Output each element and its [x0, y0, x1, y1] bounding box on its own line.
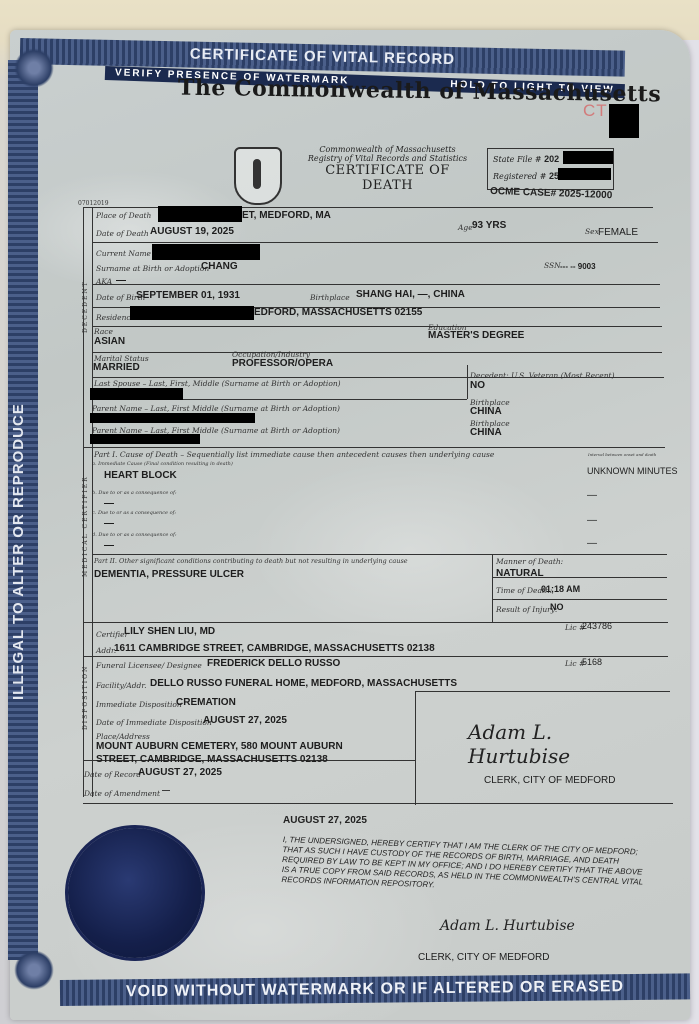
certificate-form: DECEDENT MEDICAL CERTIFIER DISPOSITION P…: [80, 205, 660, 805]
sex: FEMALE: [598, 227, 638, 238]
immediate-disposition: CREMATION: [176, 697, 236, 708]
parent2-birthplace: CHINA: [470, 427, 502, 438]
cause-b-label: b. Due to or as a consequence of:: [92, 490, 177, 496]
marital: MARRIED: [93, 362, 140, 373]
time-of-death: 01;18 AM: [541, 584, 580, 594]
registry-line2: Registry of Vital Records and Statistics: [300, 154, 475, 163]
dob: SEPTEMBER 01, 1931: [136, 290, 240, 301]
certifier: LILY SHEN LIU, MD: [124, 626, 215, 637]
part2-value: DEMENTIA, PRESSURE ULCER: [94, 569, 244, 580]
cause-b: —: [104, 498, 114, 509]
veteran-label: Decedent: U.S. Veteran (Most Recent): [470, 371, 615, 380]
date-of-death-label: Date of Death: [96, 229, 149, 238]
spouse-label: Last Spouse – Last, First, Middle (Surna…: [94, 379, 341, 388]
residence: EDFORD, MASSACHUSETTS 02155: [254, 307, 422, 318]
redaction: [90, 434, 200, 444]
ornament-icon: [14, 950, 54, 990]
cause-c-label: c. Due to or as a consequence of:: [92, 510, 176, 516]
ct-stamp: CT: [583, 101, 608, 121]
date-of-amendment-label: Date of Amendment: [84, 789, 160, 798]
date-disposition: AUGUST 27, 2025: [203, 715, 287, 726]
cause-c: —: [104, 518, 114, 529]
cause-c-interval: —: [587, 515, 597, 526]
immediate-disposition-label: Immediate Disposition: [96, 700, 182, 709]
embossed-seal-icon: [68, 828, 202, 958]
parent1-birthplace: CHINA: [470, 406, 502, 417]
redaction: [158, 206, 242, 222]
medical-section-label: MEDICAL CERTIFIER: [82, 475, 89, 577]
certifier-addr: 1611 CAMBRIDGE STREET, CAMBRIDGE, MASSAC…: [114, 643, 435, 654]
left-security-border: ILLEGAL TO ALTER OR REPRODUCE: [8, 60, 38, 960]
facility: DELLO RUSSO FUNERAL HOME, MEDFORD, MASSA…: [150, 678, 457, 689]
clerk-signature: Adam L. Hurtubise: [468, 720, 660, 768]
redaction: [152, 244, 260, 260]
certification-title: CLERK, CITY OF MEDFORD: [418, 952, 550, 963]
date-of-record: AUGUST 27, 2025: [138, 767, 222, 778]
certification-signature: Adam L. Hurtubise: [440, 918, 575, 934]
facility-label: Facility/Addr.: [96, 681, 147, 690]
redaction: [558, 168, 611, 180]
date-of-record-label: Date of Record: [84, 770, 141, 779]
certifier-lic: 243786: [582, 621, 612, 631]
clerk-title: CLERK, CITY OF MEDFORD: [484, 775, 616, 786]
funeral-label: Funeral Licensee/ Designee: [96, 661, 202, 670]
funeral-lic: 5168: [582, 657, 602, 667]
cause-d-interval: —: [587, 538, 597, 549]
redaction: [130, 306, 254, 320]
registry-heading: Commonwealth of Massachusetts Registry o…: [300, 145, 475, 193]
race-label: Race: [94, 327, 113, 336]
redaction: [563, 151, 613, 164]
injury-label: Result of Injury:: [496, 605, 558, 614]
birthplace: SHANG HAI, —, CHINA: [356, 289, 465, 300]
surname-birth-label: Surname at Birth or Adoption: [96, 264, 209, 273]
massachusetts-seal-icon: [234, 147, 282, 205]
certification-date: AUGUST 27, 2025: [283, 815, 367, 826]
ornament-icon: [14, 48, 54, 88]
certificate-type: CERTIFICATE OF DEATH: [300, 163, 475, 193]
ssn: --- -- 9003: [560, 262, 596, 271]
decedent-section-label: DECEDENT: [82, 280, 89, 333]
cause-a: HEART BLOCK: [104, 470, 177, 481]
place-of-death-label: Place of Death: [96, 211, 151, 220]
age-label: Age: [458, 223, 473, 232]
cause-b-interval: —: [587, 490, 597, 501]
place-label: Place/Address: [96, 732, 150, 741]
race: ASIAN: [94, 336, 125, 347]
registered-label: Registered #: [493, 172, 546, 181]
state-file-value: 202: [544, 154, 559, 164]
redaction: [609, 104, 639, 138]
sex-label: Sex: [585, 227, 599, 236]
cause-d: —: [104, 540, 114, 551]
funeral-licensee: FREDERICK DELLO RUSSO: [207, 658, 340, 669]
veteran: NO: [470, 380, 485, 391]
cause-d-label: d. Due to or as a consequence of:: [92, 532, 177, 538]
birthplace-label: Birthplace: [310, 293, 350, 302]
occupation: PROFESSOR/OPERA: [232, 358, 333, 369]
ssn-label: SSN: [544, 261, 561, 270]
redaction: [90, 388, 183, 400]
current-name-label: Current Name: [96, 249, 151, 258]
cause-a-interval: UNKNOWN MINUTES: [587, 466, 678, 476]
redaction: [90, 413, 255, 423]
education: MASTER'S DEGREE: [428, 330, 524, 341]
date-disposition-label: Date of Immediate Disposition: [96, 718, 212, 727]
manner: NATURAL: [496, 568, 544, 579]
disposition-section-label: DISPOSITION: [82, 665, 89, 730]
state-file-label: State File #: [493, 155, 542, 164]
illegal-to-alter-text: ILLEGAL TO ALTER OR REPRODUCE: [10, 403, 27, 700]
surname-birth: CHANG: [201, 261, 238, 272]
aka: —: [116, 275, 126, 286]
cause-a-label: a. Immediate Cause (Final condition resu…: [92, 461, 233, 467]
place-line2: STREET, CAMBRIDGE, MASSACHUSETTS 02138: [96, 754, 328, 765]
place-of-death: ET, MEDFORD, MA: [242, 210, 331, 221]
parent1-label: Parent Name – Last, First Middle (Surnam…: [92, 404, 340, 413]
registry-line1: Commonwealth of Massachusetts: [300, 145, 475, 154]
injury: NO: [550, 602, 564, 612]
age: 93 YRS: [472, 220, 506, 231]
date-of-amendment: —: [162, 786, 170, 795]
aka-label: AKA: [96, 277, 112, 286]
interval-label: Interval between onset and death: [588, 452, 656, 457]
part2-label: Part II. Other significant conditions co…: [94, 557, 408, 565]
date-of-death: AUGUST 19, 2025: [150, 226, 234, 237]
part1-label: Part I. Cause of Death – Sequentially li…: [94, 450, 494, 459]
manner-label: Manner of Death:: [496, 557, 563, 566]
place-line1: MOUNT AUBURN CEMETERY, 580 MOUNT AUBURN: [96, 741, 343, 752]
